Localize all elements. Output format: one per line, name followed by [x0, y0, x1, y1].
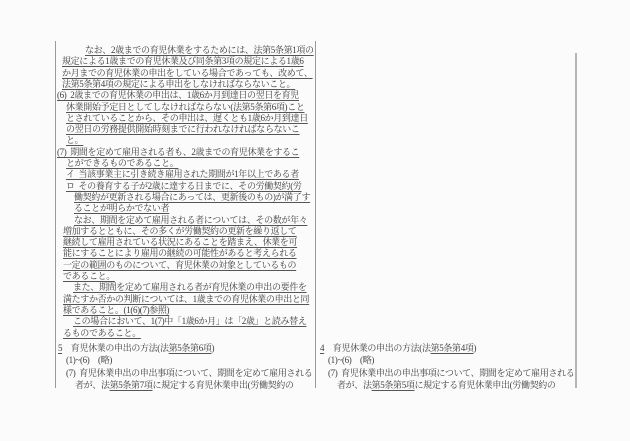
text-line: 満たすか否かの判断については、1歳までの育児休業の申出と同	[63, 294, 309, 304]
text-segment: 第5条第7項	[110, 380, 153, 390]
text-line: 法第5条第4項の規定による申出をしなければならないこと。	[62, 79, 295, 89]
text-segment: 規定による1歳までの育児休業及び同条第3項の規定による1歳6	[62, 56, 304, 66]
text-segment: ロ その養育する子が2歳に達する日までに、その労働契約(労	[66, 181, 302, 191]
text-segment: 者が、法	[75, 380, 110, 390]
text-segment: 育児休業の申出の方法(法	[62, 343, 168, 353]
text-line: 4 育児休業の申出の方法(法第5条第4項)	[320, 343, 476, 353]
text-segment: (7) 期間を定めて雇用される者も、2歳までの育児休業をするこ	[57, 147, 299, 157]
text-segment: 法第5条第4項の規定による申出をしなければならないこと。	[62, 79, 295, 89]
text-segment: なお、2歳までの育児休業をするためには、法第5条第1項の	[85, 45, 314, 55]
table-rule-middle	[315, 41, 316, 388]
text-line: とができるものであること。	[66, 158, 178, 168]
text-segment: 様であること。(1(6)(7)参照)	[63, 305, 169, 315]
text-segment: 増加するとともに、その多くが労働契約の更新を繰り返して	[63, 226, 297, 236]
table-rule-right	[575, 53, 577, 388]
text-segment: とされていることから、その申出は、遅くとも1歳6か月到達日	[66, 113, 308, 123]
text-segment: 第5条第4項	[431, 343, 474, 353]
text-segment: この場合において、1(7)中「1歳6か月」は「2歳」と読み替え	[73, 316, 306, 326]
text-line: (7) 育児休業申出の申出事項について、期間を定めて雇用される	[328, 368, 574, 378]
text-segment: 育児休業の申出の方法(法	[324, 343, 430, 353]
text-line: か月までの育児休業の申出をしている場合であっても、改めて、	[62, 68, 313, 78]
text-line: ることが明らかでない者	[74, 203, 169, 213]
text-line: 継続して雇用されている状況にあることを踏まえ、休業を可	[63, 237, 297, 247]
text-segment: ることが明らかでない者	[74, 203, 169, 213]
text-line: 様であること。(1(6)(7)参照)	[63, 305, 169, 315]
text-line: 能にすることにより雇用の継続の可能性があると考えられる	[63, 248, 297, 258]
text-segment: 働契約が更新される場合にあっては、更新後のもの)が満了す	[74, 192, 310, 202]
text-segment: なお、期間を定めて雇用される者については、その数が年々	[74, 215, 307, 225]
text-line: イ 当該事業主に引き続き雇用された期間が1年以上である者	[66, 169, 299, 179]
text-line: この場合において、1(7)中「1歳6か月」は「2歳」と読み替え	[73, 316, 306, 326]
text-segment: (1)~(6) (略)	[66, 355, 112, 365]
text-line: の翌日の労務提供開始時刻までに行われなければならないこ	[66, 124, 300, 134]
text-segment: と。	[66, 135, 83, 145]
text-line: (7) 育児休業申出の申出事項について、期間を定めて雇用される	[66, 368, 312, 378]
text-line: なお、2歳までの育児休業をするためには、法第5条第1項の	[85, 45, 314, 55]
document-page: なお、2歳までの育児休業をするためには、法第5条第1項の規定による1歳までの育児…	[0, 0, 630, 441]
text-segment: るものであること。	[63, 328, 141, 338]
text-segment: (6) 2歳までの育児休業の申出は、1歳6か月到達日の翌日を育児	[57, 90, 299, 100]
text-line: と。	[66, 135, 83, 145]
text-line: なお、期間を定めて雇用される者については、その数が年々	[74, 215, 307, 225]
text-segment: 第5条第6項	[169, 343, 212, 353]
text-segment: (1)~(6) (略)	[328, 355, 374, 365]
text-line: また、期間を定めて雇用される者が育児休業の申出の要件を	[73, 282, 307, 292]
text-segment: に規定する育児休業申出(労働契約の	[415, 380, 556, 390]
text-segment: 第5条第5項	[372, 380, 415, 390]
text-line: 一定の範囲のものについて、育児休業の対象としているもの	[63, 260, 296, 270]
text-line: とされていることから、その申出は、遅くとも1歳6か月到達日	[66, 113, 308, 123]
text-line: ロ その養育する子が2歳に達する日までに、その労働契約(労	[66, 181, 302, 191]
text-line: 働契約が更新される場合にあっては、更新後のもの)が満了す	[74, 192, 310, 202]
text-line: るものであること。	[63, 328, 141, 338]
text-segment: 者が、法	[337, 380, 372, 390]
text-line: (7) 期間を定めて雇用される者も、2歳までの育児休業をするこ	[57, 147, 299, 157]
text-segment: 継続して雇用されている状況にあることを踏まえ、休業を可	[63, 237, 297, 247]
text-line: 増加するとともに、その多くが労働契約の更新を繰り返して	[63, 226, 297, 236]
text-segment: とができるものであること。	[66, 158, 178, 168]
text-segment: の翌日の労務提供開始時刻までに行われなければならないこ	[66, 124, 300, 134]
text-line: 者が、法第5条第5項に規定する育児休業申出(労働契約の	[337, 380, 556, 390]
text-line: であること。	[63, 271, 115, 281]
text-segment: (7) 育児休業申出の申出事項について、期間を定めて雇用される	[328, 368, 574, 378]
text-line: 5 育児休業の申出の方法(法第5条第6項)	[58, 343, 214, 353]
text-segment: 一定の範囲のものについて、育児休業の対象としているもの	[63, 260, 296, 270]
text-line: (1)~(6) (略)	[328, 355, 374, 365]
text-segment: また、期間を定めて雇用される者が育児休業の申出の要件を	[73, 282, 307, 292]
text-segment: )	[212, 343, 215, 353]
text-segment: 能にすることにより雇用の継続の可能性があると考えられる	[63, 248, 297, 258]
text-segment: 休業開始予定日としてしなければならない(法第5条第6項)こと	[66, 102, 305, 112]
text-line: (1)~(6) (略)	[66, 355, 112, 365]
text-segment: であること。	[63, 271, 115, 281]
text-segment: 満たすか否かの判断については、1歳までの育児休業の申出と同	[63, 294, 309, 304]
text-segment: (7) 育児休業申出の申出事項について、期間を定めて雇用される	[66, 368, 312, 378]
text-segment: イ 当該事業主に引き続き雇用された期間が1年以上である者	[66, 169, 299, 179]
text-segment: )	[474, 343, 477, 353]
text-line: 者が、法第5条第7項に規定する育児休業申出(労働契約の	[75, 380, 294, 390]
text-line: 規定による1歳までの育児休業及び同条第3項の規定による1歳6	[62, 56, 304, 66]
text-line: (6) 2歳までの育児休業の申出は、1歳6か月到達日の翌日を育児	[57, 90, 299, 100]
text-segment: か月までの育児休業の申出をしている場合であっても、改めて、	[62, 68, 313, 78]
text-segment: に規定する育児休業申出(労働契約の	[153, 380, 294, 390]
text-line: 休業開始予定日としてしなければならない(法第5条第6項)こと	[66, 102, 305, 112]
table-rule-left	[55, 41, 56, 388]
